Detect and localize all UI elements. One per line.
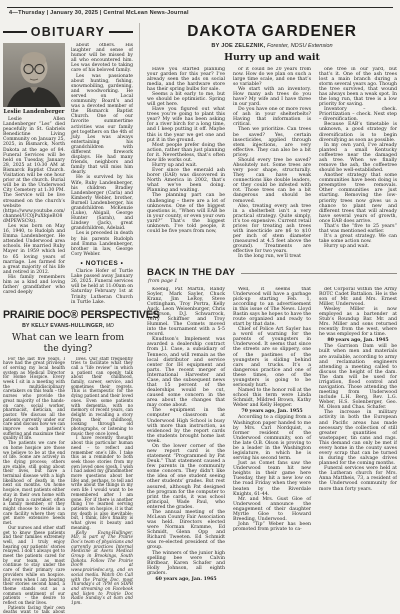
dakota-gardener-section: DAKOTA GARDENER BY JOE ZELEZNIK, Foreste… <box>147 23 397 261</box>
dakota-gardener-section-title: DAKOTA GARDENER <box>147 23 397 41</box>
prairie-doc-headline: What can we learn from the dying? <box>3 332 133 354</box>
header-underline-rule <box>241 273 397 274</box>
article-paragraph: Just as Comet fans saw the Underwood tea… <box>233 461 311 497</box>
article-paragraph: lives. Our staff frequently tries to fac… <box>71 357 133 437</box>
article-paragraph: John “Tip” Weber has been promoted from … <box>233 522 311 532</box>
article-paragraph: Have you started planning your garden fo… <box>147 67 225 92</box>
article-paragraph: That’s the “five to 25 years” that was m… <box>319 224 397 234</box>
obituary-column-2: about others. His laughter and sense of … <box>71 43 133 305</box>
article-paragraph: Seems a bit early to me, but we should b… <box>147 92 225 107</box>
article-paragraph: Hurry up and wait. <box>319 244 397 249</box>
article-paragraph: In my own yard, I’ve already planted a s… <box>319 143 397 173</box>
dakota-gardener-headline: Hurry up and wait <box>147 52 397 63</box>
dakota-gardener-column-3: one tree in our yard, but that’s it. One… <box>319 67 397 261</box>
article-paragraph: I have recently thought about this parti… <box>71 436 133 530</box>
article-paragraph: 70 years ago, Jan. 1955 <box>233 409 311 414</box>
prairie-doc-byline-name: BY KELLY EVANS-HULLINGER, <box>22 323 104 329</box>
obituary-column-1: Leslie Landenberger Leslie Allen Landenb… <box>3 43 65 305</box>
obituary-text-column-2: about others. His laughter and sense of … <box>71 43 133 305</box>
newspaper-page: 4—Thursday | January 30, 2025 | Central … <box>0 0 400 614</box>
dakota-gardener-column-2: or it could be 20 years from now. How do… <box>233 67 311 261</box>
article-paragraph: Clarice Hofer of Turtle Lake passed away… <box>71 269 133 305</box>
article-paragraph: • NOTICES • <box>71 261 133 266</box>
obituary-photo-caption: Leslie Landenberger <box>3 109 65 115</box>
back-in-the-day-text-column-1: Koenig, Pat Martin, Randy Soyler, Mark S… <box>147 287 225 583</box>
article-paragraph: Have you figured out what trees you’re g… <box>147 107 225 143</box>
prairie-doc-column-1: For the last five years, I have had the … <box>3 357 65 614</box>
obituary-section: OBITUARY <box>3 25 133 305</box>
article-paragraph: Do you have one or more rows of ash in y… <box>233 107 311 127</box>
article-paragraph: Wesley Miller is now employed as a barte… <box>319 307 397 337</box>
article-paragraph: Another strategy that some communities h… <box>319 173 397 224</box>
article-paragraph: The annual meeting of the McLean County … <box>147 510 225 551</box>
prairie-doc-section-title: PRAIRIE DOC® PERSPECTIVES <box>3 309 133 321</box>
article-paragraph: Ever since the emerald ash borer (EAB) w… <box>147 168 225 193</box>
article-paragraph: The Garrison Dam will be built when men … <box>319 344 397 410</box>
article-paragraph: det Corporal within the Army ROTC Cadet … <box>319 287 397 307</box>
article-paragraph: The planning part can be challenging – t… <box>147 193 225 234</box>
article-paragraph: Chief of Police Art Sayler has a word of… <box>233 327 311 388</box>
article-paragraph: Koenig, Pat Martin, Randy Soyler, Mark S… <box>147 287 225 338</box>
dakota-gardener-text-column-3: one tree in our yard, but that’s it. One… <box>319 67 397 250</box>
back-in-the-day-section-header: BACK IN THE DAY <box>147 267 397 278</box>
dakota-gardener-byline: BY JOE ZELEZNIK, Forester, NDSU Extensio… <box>147 43 397 49</box>
article-paragraph: Funeral services were held at the Luther… <box>319 466 397 491</box>
prairie-doc-columns: For the last five years, I have had the … <box>3 357 133 614</box>
left-column-block: OBITUARY <box>3 19 133 614</box>
article-paragraph: We start with an inventory. How many ash… <box>233 87 311 107</box>
prairie-doc-byline: BY KELLY EVANS-HULLINGER, MD <box>3 323 133 329</box>
article-paragraph: Inventory – check. Prioritization – chec… <box>319 107 397 122</box>
back-in-the-day-text-column-3: det Corporal within the Army ROTC Cadet … <box>319 287 397 492</box>
back-in-the-day-column-3: det Corporal within the Army ROTC Cadet … <box>319 287 397 609</box>
article-paragraph: For the last five years, I have had the … <box>3 357 65 442</box>
prairie-doc-text-column-1: For the last five years, I have had the … <box>3 357 65 614</box>
article-paragraph: Named to the honor roll at the school th… <box>233 388 311 408</box>
article-paragraph: His family remembers him as a kind and l… <box>3 275 65 295</box>
obituary-section-title: OBITUARY <box>31 25 105 39</box>
prairie-doc-section: PRAIRIE DOC® PERSPECTIVES BY KELLY EVANS… <box>3 309 133 614</box>
article-paragraph: Les is preceded in death by his parents … <box>71 231 133 256</box>
article-paragraph: The patients we care for on home hospice… <box>3 441 65 526</box>
article-paragraph: one tree in our yard, but that’s it. One… <box>319 67 397 108</box>
dakota-gardener-byline-name: BY JOE ZELEZNIK, <box>211 43 265 49</box>
obituary-photo <box>3 43 65 107</box>
article-paragraph: Well, it seems that Underwood will have … <box>233 287 311 328</box>
article-paragraph: Les was passionate about hunting, fishin… <box>71 74 133 176</box>
folio-text: 4—Thursday | January 30, 2025 | Central … <box>3 8 397 17</box>
back-in-the-day-section-title: BACK IN THE DAY <box>147 267 235 278</box>
header-rule-right <box>109 31 133 32</box>
back-in-the-day-column-2: Well, it seems that Underwood will have … <box>233 287 311 609</box>
obituary-section-header: OBITUARY <box>3 25 133 39</box>
article-paragraph: 80 years ago, Jan. 1945 <box>319 338 397 343</box>
article-paragraph: Leslie Allen Landenberger “Les” died pea… <box>3 117 65 224</box>
back-in-the-day-text-column-2: Well, it seems that Underwood will have … <box>233 287 311 533</box>
section-divider-rule <box>139 23 140 301</box>
article-paragraph: Our nurses and other staff get to know t… <box>3 526 65 606</box>
article-paragraph: The winners of the junior high spelling … <box>147 551 225 576</box>
dakota-gardener-byline-role: Forester, NDSU Extension <box>265 43 332 49</box>
article-paragraph: Also, treating every ash tree in a shelt… <box>233 204 311 255</box>
prairie-doc-column-2: lives. Our staff frequently tries to fac… <box>71 357 133 614</box>
obituary-columns: Leslie Landenberger Leslie Allen Landenb… <box>3 43 133 305</box>
page-folio: 4—Thursday | January 30, 2025 | Central … <box>3 0 397 17</box>
article-paragraph: On the lower corner of the new report ca… <box>147 444 225 510</box>
article-paragraph: Knudtson’s Implement was awarded a deale… <box>147 337 225 408</box>
article-paragraph: According to a clipping from a Washingto… <box>233 415 311 461</box>
article-paragraph: In the long run, we’ll treat <box>233 254 311 259</box>
back-in-the-day-column-1: Koenig, Pat Martin, Randy Soyler, Mark S… <box>147 287 225 609</box>
article-paragraph: The increase in military activity in bot… <box>319 410 397 466</box>
article-paragraph: Most people prefer doing the action, rat… <box>147 143 225 163</box>
article-paragraph: The equipment in the computer classroom … <box>147 408 225 444</box>
continued-from-note: from page 1 <box>148 279 397 284</box>
back-in-the-day-section: BACK IN THE DAY from page 1 Koenig, Pat … <box>147 267 397 609</box>
article-paragraph: Should every tree be saved? Absolutely n… <box>233 158 311 204</box>
dakota-gardener-text-column-2: or it could be 20 years from now. How do… <box>233 67 311 260</box>
right-column-block: DAKOTA GARDENER BY JOE ZELEZNIK, Foreste… <box>147 19 397 614</box>
article-paragraph: Then we prioritize. Can trees be saved? … <box>233 127 311 157</box>
dakota-gardener-columns: Have you started planning your garden fo… <box>147 67 397 261</box>
article-paragraph: It’s a great strategy. We can take some … <box>319 234 397 244</box>
dakota-gardener-text-column-1: Have you started planning your garden fo… <box>147 67 225 235</box>
article-paragraph: Les was born on May 16, 1940, to Rudolph… <box>3 224 65 275</box>
article-paragraph: Kelly Evans-Hullinger, MD, is part of Th… <box>71 531 133 606</box>
back-in-the-day-columns: Koenig, Pat Martin, Randy Soyler, Mark S… <box>147 287 397 609</box>
article-paragraph: Mr. and Mrs. Gust Gloe of Underwood anno… <box>233 497 311 522</box>
dakota-gardener-column-1: Have you started planning your garden fo… <box>147 67 225 261</box>
prairie-doc-text-column-2: lives. Our staff frequently tries to fac… <box>71 357 133 606</box>
article-paragraph: or it could be 20 years from now. How do… <box>233 67 311 87</box>
obituary-text-column-1: Leslie Allen Landenberger “Les” died pea… <box>3 117 65 295</box>
portrait-photo-graphic <box>3 43 65 107</box>
header-rule-left <box>3 31 27 32</box>
article-paragraph: about others. His laughter and sense of … <box>71 43 133 74</box>
article-paragraph: Because EAB’s timetable is unknown, a go… <box>319 122 397 142</box>
page-content: OBITUARY <box>3 19 397 614</box>
prairie-doc-byline-role: MD <box>104 323 114 329</box>
article-paragraph: Patients facing their own deaths want to… <box>3 606 65 614</box>
article-paragraph: 60 years ago, Jan. 1965 <box>147 577 225 582</box>
article-paragraph: He is survived by his Wife, Ruby Landenb… <box>71 175 133 231</box>
